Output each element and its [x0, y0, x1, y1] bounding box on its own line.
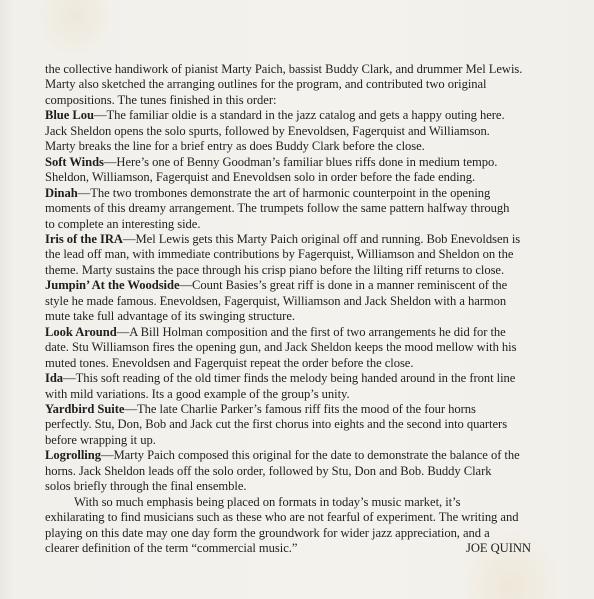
- text-line: clearer definition of the term “commerci…: [45, 541, 297, 555]
- tune-entry-soft-winds: Soft Winds—Here’s one of Benny Goodman’s…: [45, 155, 565, 186]
- author-signature: JOE QUINN: [466, 541, 531, 556]
- text-line: style he made famous. Enevoldsen, Fagerq…: [45, 294, 565, 309]
- text-line: —Mel Lewis gets this Marty Paich origina…: [123, 232, 520, 246]
- text-line: perfectly. Stu, Don, Bob and Jack cut th…: [45, 417, 565, 432]
- text-line: Marty breaks the line for a brief entry …: [45, 139, 565, 154]
- text-line: theme. Marty sustains the pace through h…: [45, 263, 565, 278]
- text-line: —The late Charlie Parker’s famous riff f…: [124, 402, 475, 416]
- tune-entry-ida: Ida—This soft reading of the old timer f…: [45, 371, 565, 402]
- text-line: Marty also sketched the arranging outlin…: [45, 77, 565, 92]
- tune-entry-blue-lou: Blue Lou—The familiar oldie is a standar…: [45, 108, 565, 154]
- tune-entry-dinah: Dinah—The two trombones demonstrate the …: [45, 186, 565, 232]
- tune-entry-jumpin-at-the-woodside: Jumpin’ At the Woodside—Count Basies’s g…: [45, 278, 565, 324]
- tune-entry-look-around: Look Around—A Bill Holman composition an…: [45, 325, 565, 371]
- text-line: playing on this date may one day form th…: [45, 526, 565, 541]
- text-line: the lead off man, with immediate contrib…: [45, 247, 565, 262]
- tune-title: Look Around: [45, 325, 117, 339]
- text-line: with mild variations. Its a good example…: [45, 387, 565, 402]
- tune-title: Logrolling: [45, 448, 101, 462]
- liner-notes-page: the collective handiwork of pianist Mart…: [0, 0, 594, 599]
- tune-title: Jumpin’ At the Woodside: [45, 278, 180, 292]
- text-line: —Marty Paich composed this original for …: [101, 448, 520, 462]
- text-line: horns. Jack Sheldon leads off the solo o…: [45, 464, 565, 479]
- closing-paragraph: With so much emphasis being placed on fo…: [45, 495, 565, 557]
- text-line: —The two trombones demonstrate the art o…: [78, 186, 491, 200]
- tune-title: Iris of the IRA: [45, 232, 123, 246]
- text-line: date. Stu Williamson fires the opening g…: [45, 340, 565, 355]
- text-line: With so much emphasis being placed on fo…: [45, 495, 565, 510]
- tune-title: Blue Lou: [45, 108, 94, 122]
- intro-paragraph: the collective handiwork of pianist Mart…: [45, 62, 565, 108]
- text-line: to complete an interesting side.: [45, 217, 565, 232]
- text-line: —The familiar oldie is a standard in the…: [94, 108, 505, 122]
- text-line: compositions. The tunes finished in this…: [45, 93, 565, 108]
- text-line: the collective handiwork of pianist Mart…: [45, 62, 565, 77]
- tune-title: Ida: [45, 371, 63, 385]
- text-line: —Here’s one of Benny Goodman’s familiar …: [104, 155, 497, 169]
- text-line: moments of this dreamy arrangement. The …: [45, 201, 565, 216]
- text-line: solos briefly through the final ensemble…: [45, 479, 565, 494]
- tune-entry-iris-of-the-ira: Iris of the IRA—Mel Lewis gets this Mart…: [45, 232, 565, 278]
- text-line: —A Bill Holman composition and the first…: [117, 325, 506, 339]
- text-line: muted tones. Enevoldsen and Fagerquist r…: [45, 356, 565, 371]
- text-line: exhilarating to find musicians such as t…: [45, 510, 565, 525]
- text-line: Jack Sheldon opens the solo spurts, foll…: [45, 124, 565, 139]
- text-line: mute take full advantage of its swinging…: [45, 309, 565, 324]
- text-line: before wrapping it up.: [45, 433, 565, 448]
- tune-title: Dinah: [45, 186, 78, 200]
- tune-entry-yardbird-suite: Yardbird Suite—The late Charlie Parker’s…: [45, 402, 565, 448]
- tune-title: Yardbird Suite: [45, 402, 124, 416]
- tune-entry-logrolling: Logrolling—Marty Paich composed this ori…: [45, 448, 565, 494]
- liner-notes-text: the collective handiwork of pianist Mart…: [45, 62, 565, 557]
- text-line: —Count Basies’s great riff is done in a …: [180, 278, 508, 292]
- text-line: Sheldon, Williamson, Fagerquist and Enev…: [45, 170, 565, 185]
- tune-title: Soft Winds: [45, 155, 104, 169]
- text-line: —This soft reading of the old timer find…: [63, 371, 515, 385]
